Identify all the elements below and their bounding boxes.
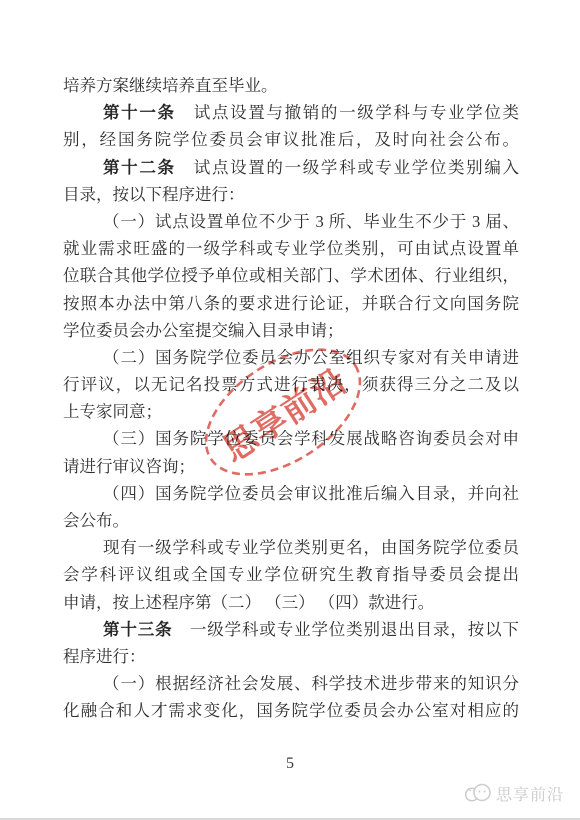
text-line: 就业需求旺盛的一级学科或专业学位类别，可由试点设置单	[63, 235, 519, 262]
text-line: 第十一条 试点设置与撤销的一级学科与专业学位类	[63, 99, 519, 126]
document-page: 培养方案继续培养直至毕业。第十一条 试点设置与撤销的一级学科与专业学位类别，经国…	[0, 0, 580, 820]
text-line: 学位委员会办公室提交编入目录申请；	[63, 317, 519, 344]
chat-bubbles-icon	[463, 782, 491, 804]
text-line: 化融合和人才需求变化，国务院学位委员会办公室对相应的	[63, 697, 519, 724]
brand-name: 思享前沿	[496, 782, 564, 805]
text-line: 第十三条 一级学科或专业学位类别退出目录，按以下	[63, 616, 519, 643]
text-line: 程序进行：	[63, 643, 519, 670]
text-line: （四）国务院学位委员会审议批准后编入目录，并向社	[63, 480, 519, 507]
text-line: （一）试点设置单位不少于 3 所、毕业生不少于 3 届、	[63, 208, 519, 235]
text-line: 位联合其他学位授予单位或相关部门、学术团体、行业组织，	[63, 262, 519, 289]
text-line: 会公布。	[63, 507, 519, 534]
page-number: 5	[0, 755, 580, 773]
text-line: 会学科评议组或全国专业学位研究生教育指导委员会提出	[63, 561, 519, 588]
brand-footer: 思享前沿	[463, 781, 564, 805]
text-line: 培养方案继续培养直至毕业。	[63, 72, 519, 99]
text-line: 别，经国务院学位委员会审议批准后，及时向社会公布。	[63, 126, 519, 153]
text-line: 目录，按以下程序进行：	[63, 181, 519, 208]
text-line: （一）根据经济社会发展、科学技术进步带来的知识分	[63, 670, 519, 697]
text-line: 申请，按上述程序第（二） （三） （四）款进行。	[63, 589, 519, 616]
text-line: 第十二条 试点设置的一级学科或专业学位类别编入	[63, 154, 519, 181]
text-line: 现有一级学科或专业学位类别更名，由国务院学位委员	[63, 534, 519, 561]
text-line: 按照本办法中第八条的要求进行论证，并联合行文向国务院	[63, 290, 519, 317]
